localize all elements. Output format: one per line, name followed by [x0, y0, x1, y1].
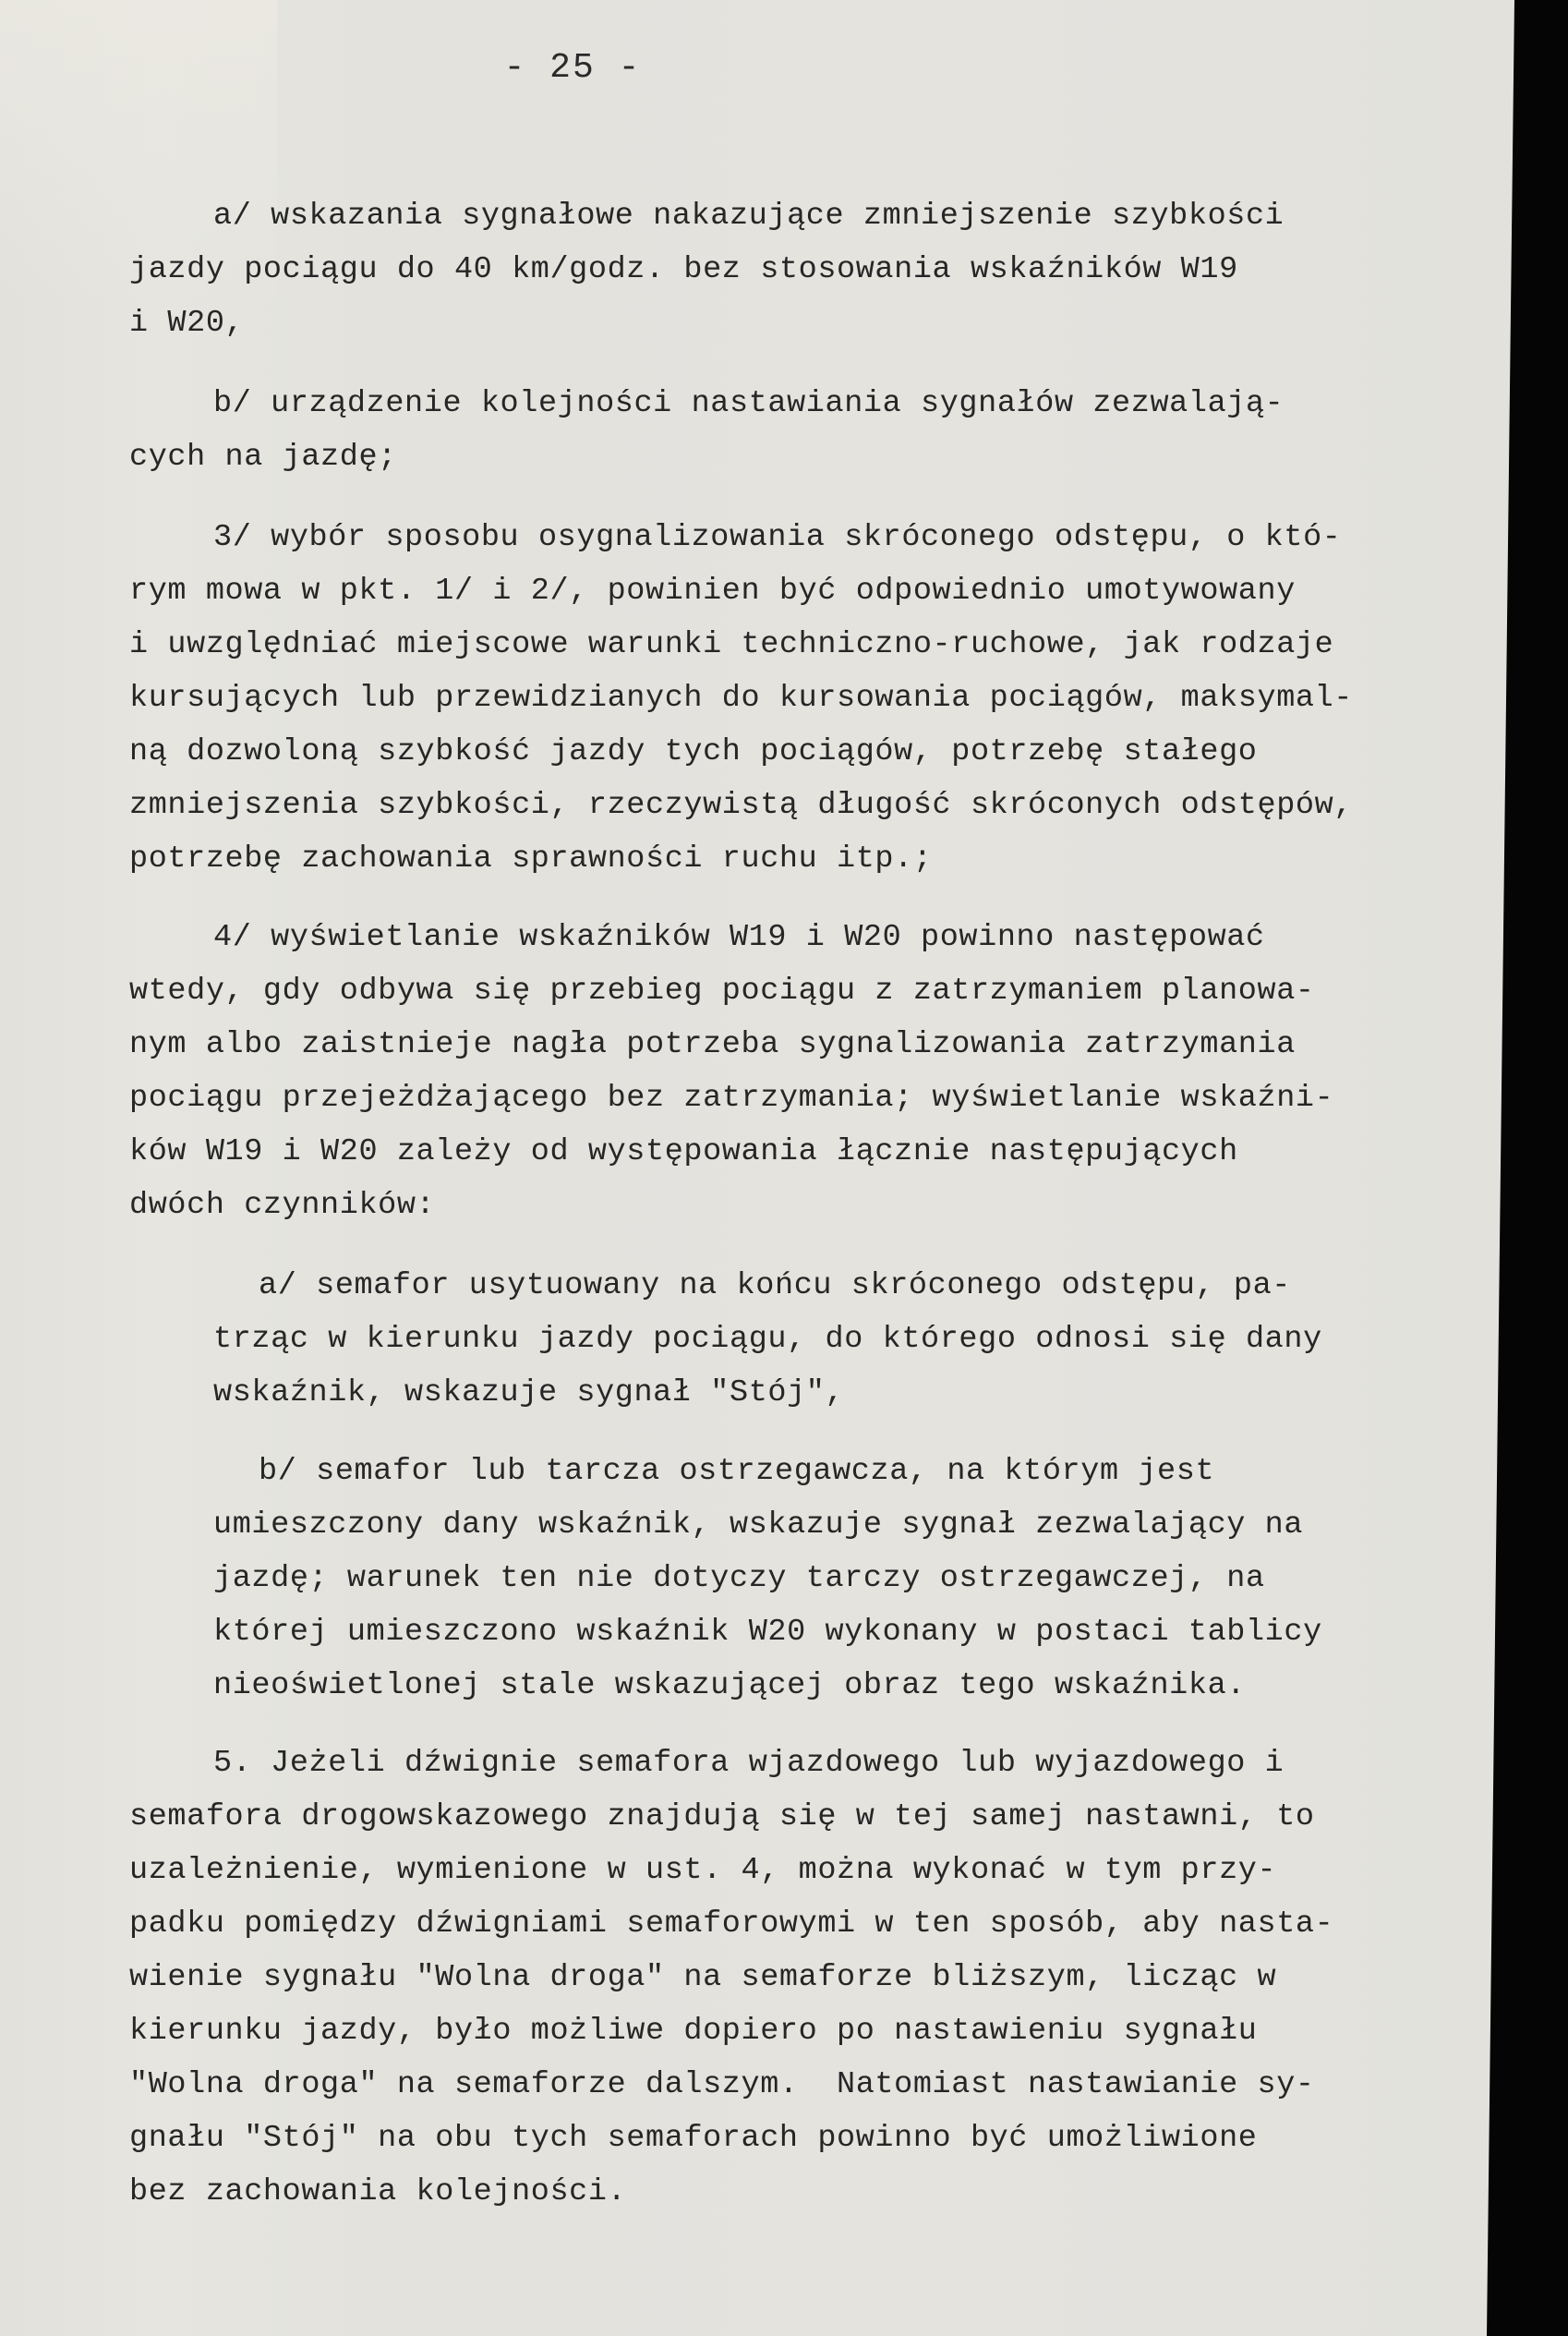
text-line: nym albo zaistnieje nagła potrzeba sygna… [129, 1018, 1296, 1071]
text-line: 4/ wyświetlanie wskaźników W19 i W20 pow… [213, 911, 1265, 964]
text-line: 3/ wybór sposobu osygnalizowania skrócon… [213, 511, 1342, 564]
text-line: "Wolna droga" na semaforze dalszym. Nato… [129, 2058, 1315, 2112]
text-line: kursujących lub przewidzianych do kursow… [129, 672, 1353, 725]
text-line: a/ semafor usytuowany na końcu skróconeg… [259, 1259, 1291, 1313]
text-line: b/ semafor lub tarcza ostrzegawcza, na k… [259, 1445, 1214, 1498]
text-line: rym mowa w pkt. 1/ i 2/, powinien być od… [129, 564, 1296, 618]
text-line: pociągu przejeżdżającego bez zatrzymania… [129, 1071, 1333, 1125]
text-line: a/ wskazania sygnałowe nakazujące zmniej… [213, 189, 1284, 243]
text-line: wienie sygnału "Wolna droga" na semaforz… [129, 1951, 1276, 2004]
text-line: 5. Jeżeli dźwignie semafora wjazdowego l… [213, 1737, 1284, 1790]
text-line: umieszczony dany wskaźnik, wskazuje sygn… [213, 1498, 1303, 1552]
text-line: b/ urządzenie kolejności nastawiania syg… [213, 377, 1284, 430]
text-line: bez zachowania kolejności. [129, 2165, 626, 2219]
text-line: zmniejszenia szybkości, rzeczywistą dług… [129, 779, 1353, 832]
text-line: kierunku jazdy, było możliwe dopiero po … [129, 2004, 1258, 2058]
text-line: której umieszczono wskaźnik W20 wykonany… [213, 1605, 1322, 1659]
text-line: cych na jazdę; [129, 430, 397, 484]
text-line: semafora drogowskazowego znajdują się w … [129, 1790, 1315, 1844]
text-line: i W20, [129, 297, 244, 350]
text-line: jazdę; warunek ten nie dotyczy tarczy os… [213, 1552, 1265, 1605]
text-line: wtedy, gdy odbywa się przebieg pociągu z… [129, 964, 1315, 1018]
text-line: ków W19 i W20 zależy od występowania łąc… [129, 1125, 1238, 1179]
text-line: ną dozwoloną szybkość jazdy tych pociągó… [129, 725, 1258, 779]
text-line: i uwzględniać miejscowe warunki technicz… [129, 618, 1333, 672]
text-line: nieoświetlonej stale wskazującej obraz t… [213, 1659, 1246, 1713]
text-line: dwóch czynników: [129, 1179, 435, 1232]
text-line: uzależnienie, wymienione w ust. 4, można… [129, 1844, 1276, 1897]
text-line: wskaźnik, wskazuje sygnał "Stój", [213, 1366, 844, 1420]
document-page: - 25 - a/ wskazania sygnałowe nakazujące… [0, 0, 1568, 2336]
text-line: padku pomiędzy dźwigniami semaforowymi w… [129, 1897, 1333, 1951]
text-line: trząc w kierunku jazdy pociągu, do które… [213, 1313, 1322, 1366]
page-number: - 25 - [503, 48, 642, 88]
text-line: potrzebę zachowania sprawności ruchu itp… [129, 832, 933, 886]
text-line: gnału "Stój" na obu tych semaforach powi… [129, 2112, 1258, 2165]
text-line: jazdy pociągu do 40 km/godz. bez stosowa… [129, 243, 1238, 297]
